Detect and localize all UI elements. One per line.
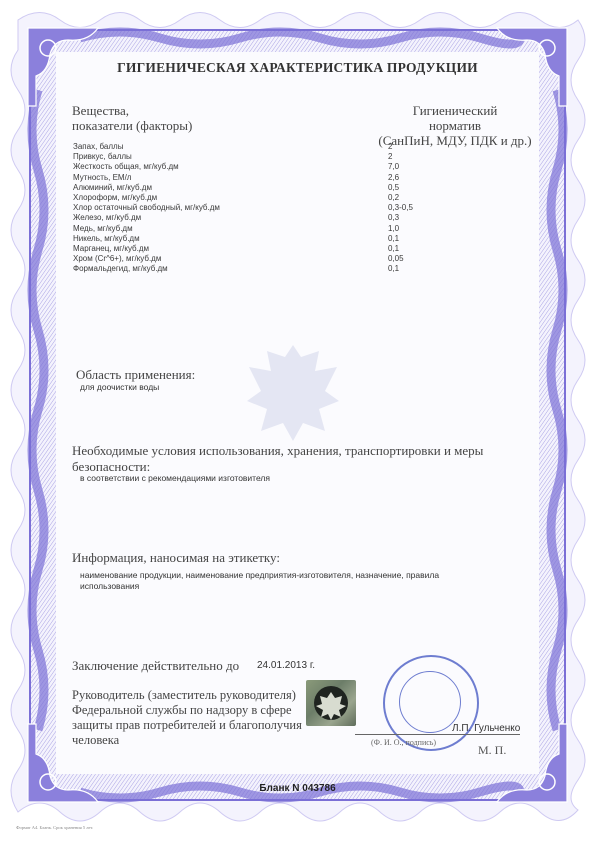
signatory-line: человека: [72, 733, 302, 748]
indicator-name: Привкус, баллы: [73, 152, 132, 162]
indicator-name: Жесткость общая, мг/куб.дм: [73, 162, 179, 172]
indicator-value: 0,1: [388, 244, 399, 254]
table-row: Мутность, ЕМ/л2,6: [73, 173, 413, 183]
label-info-label: Информация, наносимая на этикетку:: [72, 550, 280, 566]
table-row: Формальдегид, мг/куб.дм0,1: [73, 264, 413, 274]
label-info-text-cont: использования: [80, 581, 139, 591]
signatory-title: Руководитель (заместитель руководителя) …: [72, 688, 302, 748]
table-row: Железо, мг/куб.дм0,3: [73, 213, 413, 223]
table-row: Хлор остаточный свободный, мг/куб.дм0,3-…: [73, 203, 413, 213]
table-row: Хлороформ, мг/куб.дм0,2: [73, 193, 413, 203]
signatory-name: Л.П. Гульченко: [452, 723, 520, 734]
validity-date: 24.01.2013 г.: [257, 660, 315, 671]
indicator-value: 1,0: [388, 224, 399, 234]
table-row: Привкус, баллы2: [73, 152, 413, 162]
validity-label: Заключение действительно до: [72, 658, 239, 674]
document-title: ГИГИЕНИЧЕСКАЯ ХАРАКТЕРИСТИКА ПРОДУКЦИИ: [0, 60, 595, 76]
table-row: Медь, мг/куб.дм1,0: [73, 224, 413, 234]
indicator-value: 0,5: [388, 183, 399, 193]
indicator-name: Хром (Cr^6+), мг/куб.дм: [73, 254, 161, 264]
table-row: Жесткость общая, мг/куб.дм7,0: [73, 162, 413, 172]
indicator-name: Хлороформ, мг/куб.дм: [73, 193, 157, 203]
indicator-value: 0,05: [388, 254, 404, 264]
header-right-line: норматив: [370, 118, 540, 133]
conditions-label: Необходимые условия использования, хране…: [72, 443, 483, 459]
indicator-value: 2: [388, 142, 392, 152]
signatory-line: защиты прав потребителей и благополучия: [72, 718, 302, 733]
indicator-value: 0,3-0,5: [388, 203, 413, 213]
indicator-name: Марганец, мг/куб.дм: [73, 244, 149, 254]
indicator-value: 2: [388, 152, 392, 162]
hologram-emblem-icon: [306, 680, 356, 726]
scope-text: для доочистки воды: [80, 382, 159, 392]
form-number: Бланк N 043786: [0, 783, 595, 794]
signatory-line: Федеральной службы по надзору в сфере: [72, 703, 302, 718]
column-header-substances: Вещества, показатели (факторы): [72, 103, 192, 133]
footer-note: Формат А4. Бланк. Срок хранения 5 лет.: [16, 825, 93, 830]
indicator-value: 2,6: [388, 173, 399, 183]
emblem-watermark-icon: [228, 335, 358, 445]
header-left-line: Вещества,: [72, 103, 192, 118]
indicator-name: Запах, баллы: [73, 142, 123, 152]
indicator-value: 7,0: [388, 162, 399, 172]
table-row: Алюминий, мг/куб.дм0,5: [73, 183, 413, 193]
signature-line: [355, 734, 520, 735]
official-seal-icon: [383, 655, 479, 751]
indicator-name: Никель, мг/куб.дм: [73, 234, 140, 244]
signatory-line: Руководитель (заместитель руководителя): [72, 688, 302, 703]
certificate-page: ГИГИЕНИЧЕСКАЯ ХАРАКТЕРИСТИКА ПРОДУКЦИИ В…: [0, 0, 595, 841]
table-row: Никель, мг/куб.дм0,1: [73, 234, 413, 244]
table-row: Марганец, мг/куб.дм0,1: [73, 244, 413, 254]
header-left-line: показатели (факторы): [72, 118, 192, 133]
header-right-line: Гигиенический: [370, 103, 540, 118]
indicator-name: Медь, мг/куб.дм: [73, 224, 133, 234]
conditions-text: в соответствии с рекомендациями изготови…: [80, 473, 270, 483]
table-row: Запах, баллы2: [73, 142, 413, 152]
label-info-text: наименование продукции, наименование пре…: [80, 570, 439, 580]
indicator-value: 0,3: [388, 213, 399, 223]
signature-caption: (Ф. И. О., подпись): [371, 738, 436, 747]
scope-label: Область применения:: [76, 367, 195, 383]
seal-place: М. П.: [478, 743, 506, 758]
indicator-value: 0,2: [388, 193, 399, 203]
indicator-name: Хлор остаточный свободный, мг/куб.дм: [73, 203, 220, 213]
indicator-value: 0,1: [388, 264, 399, 274]
indicators-table: Запах, баллы2Привкус, баллы2Жесткость об…: [73, 142, 413, 274]
table-row: Хром (Cr^6+), мг/куб.дм0,05: [73, 254, 413, 264]
indicator-name: Формальдегид, мг/куб.дм: [73, 264, 168, 274]
indicator-value: 0,1: [388, 234, 399, 244]
indicator-name: Железо, мг/куб.дм: [73, 213, 141, 223]
indicator-name: Алюминий, мг/куб.дм: [73, 183, 152, 193]
indicator-name: Мутность, ЕМ/л: [73, 173, 131, 183]
